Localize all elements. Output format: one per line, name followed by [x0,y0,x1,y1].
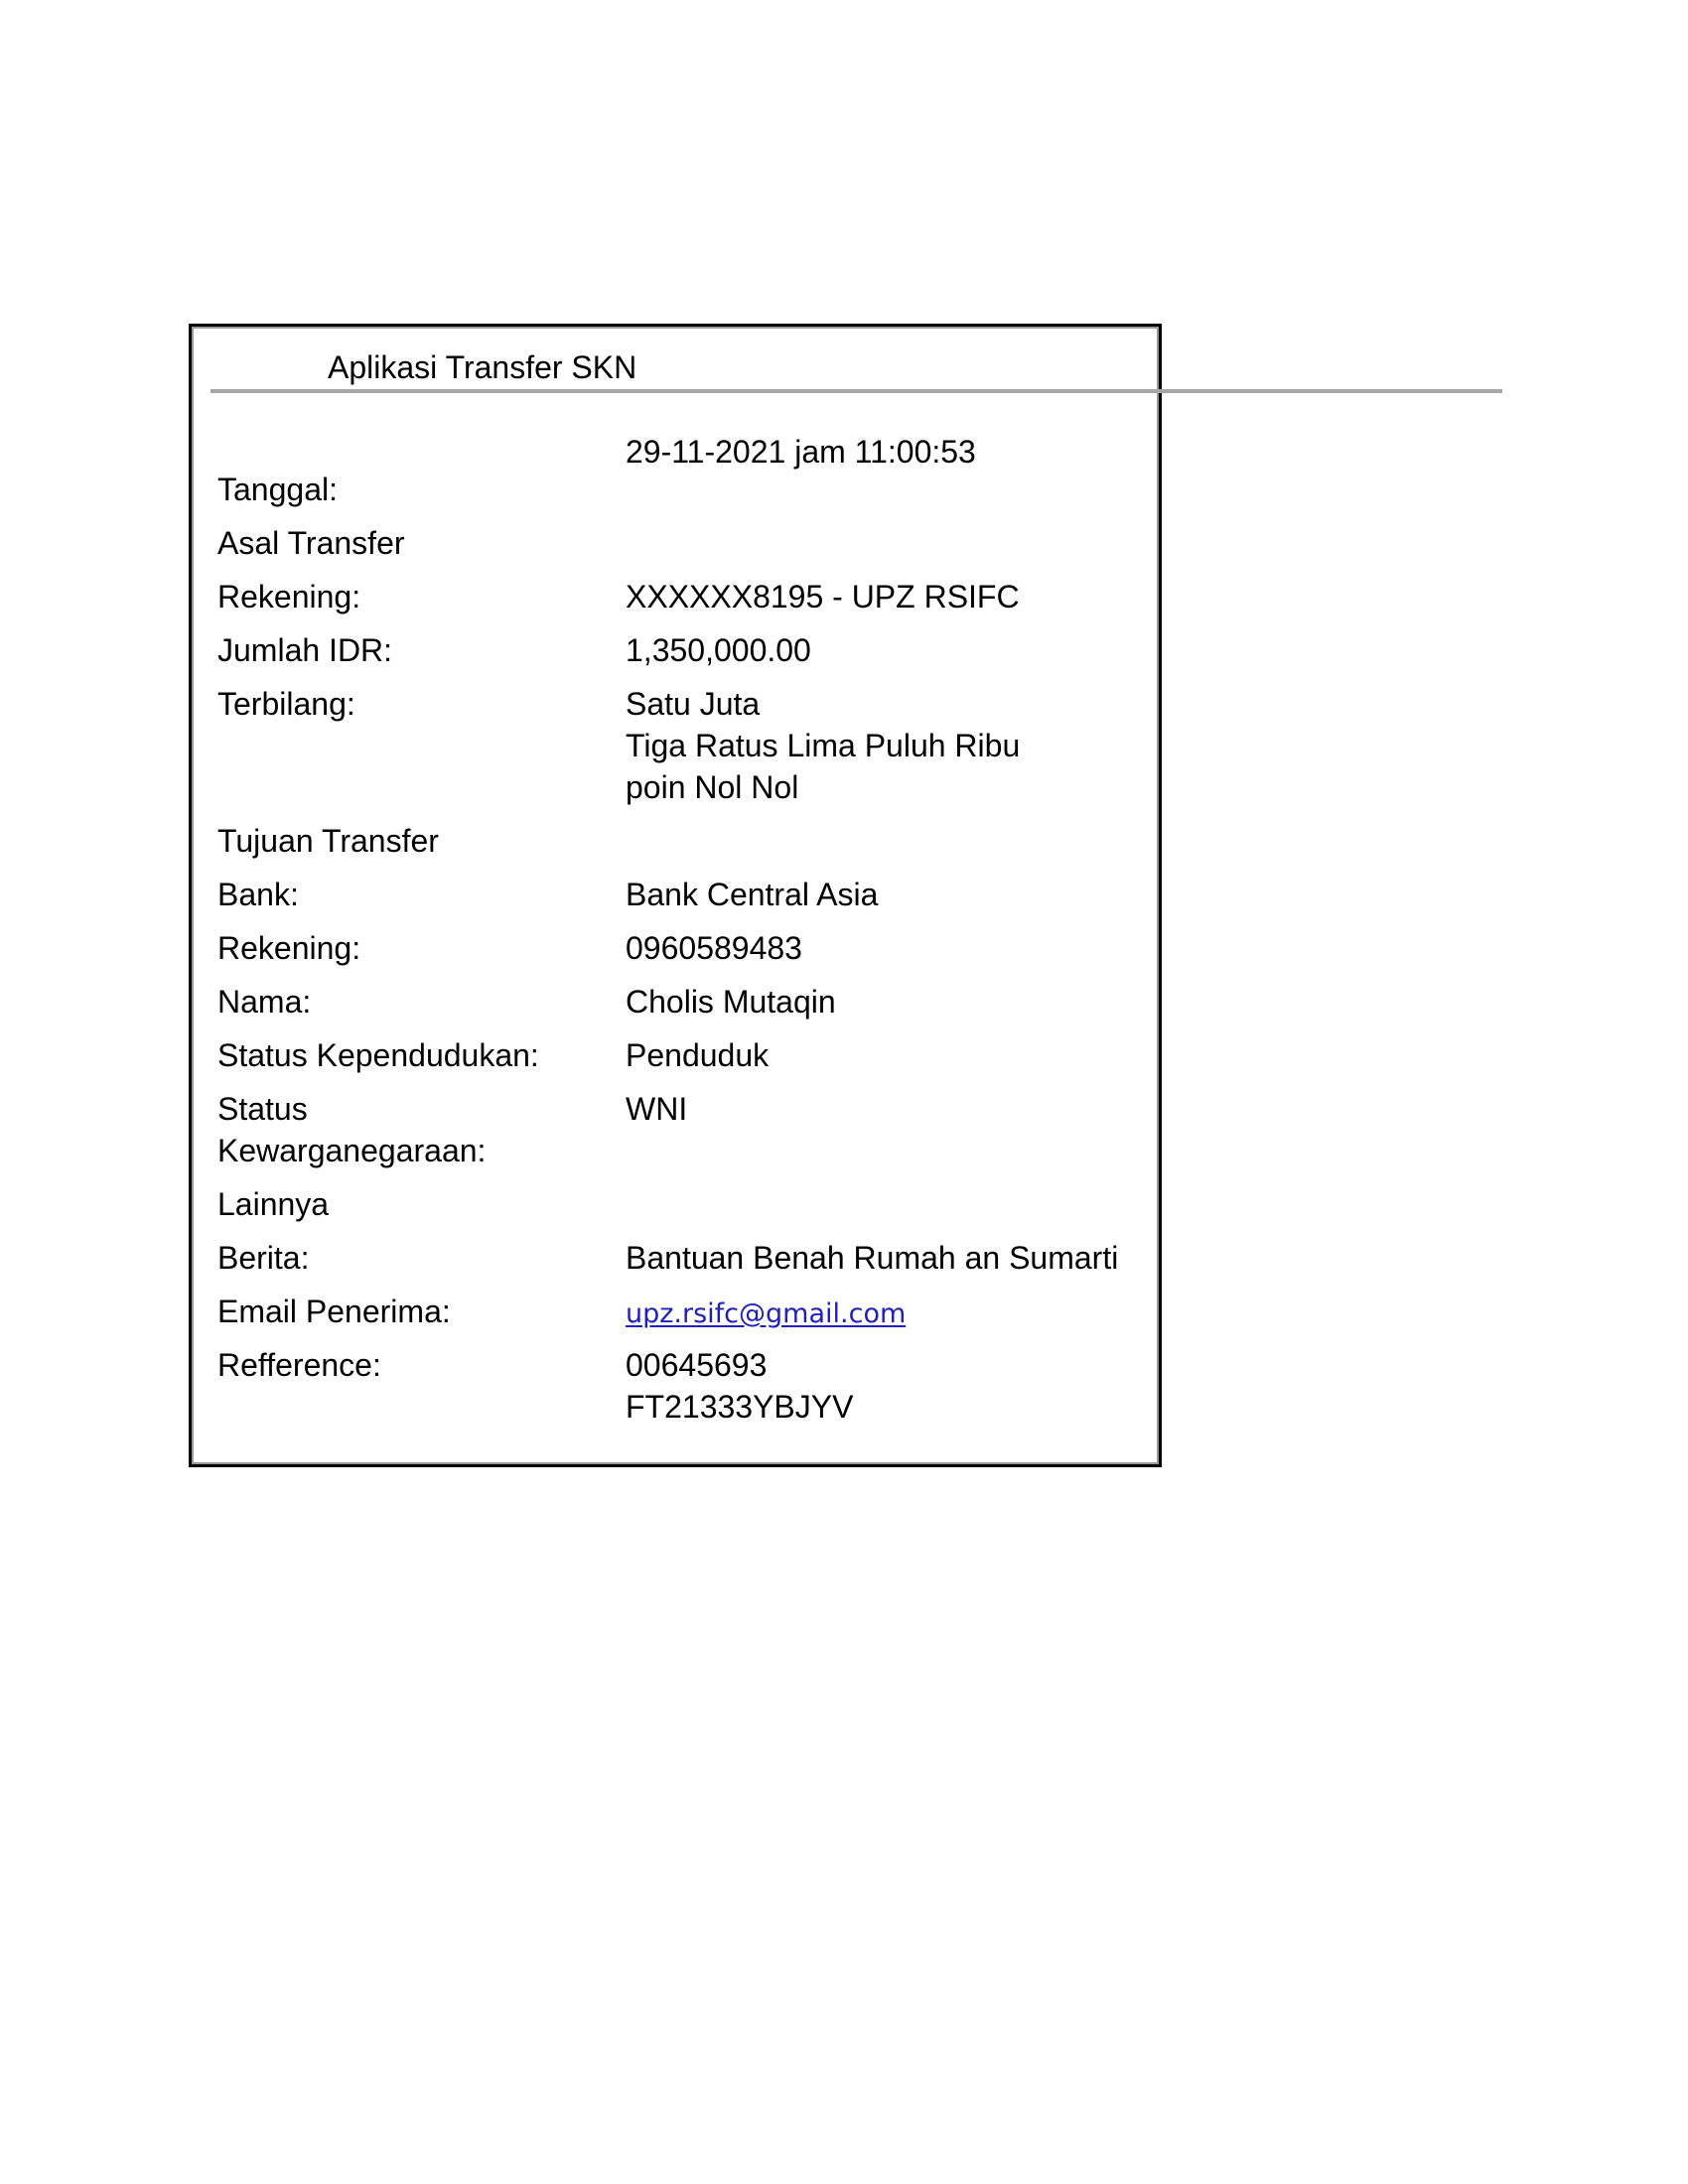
status-kewarganegaraan-label-line-1: Status [217,1088,308,1130]
tanggal-value: 29-11-2021 jam 11:00:53 [626,431,976,473]
tujuan-transfer-heading: Tujuan Transfer [217,820,439,862]
email-penerima-value: upz.rsifc@gmail.com [626,1291,906,1335]
email-penerima-label: Email Penerima: [217,1291,451,1332]
rekening-asal-label: Rekening: [217,576,360,617]
nama-value: Cholis Mutaqin [626,981,836,1023]
document-title: Aplikasi Transfer SKN [328,349,636,385]
terbilang-label: Terbilang: [217,683,355,725]
refference-label: Refference: [217,1344,381,1386]
terbilang-line-2: Tiga Ratus Lima Puluh Ribu [626,725,1020,766]
status-kewarganegaraan-label-line-2: Kewarganegaraan: [217,1130,486,1171]
bank-value: Bank Central Asia [626,874,878,915]
refference-line-1: 00645693 [626,1344,767,1386]
rekening-tujuan-value: 0960589483 [626,927,802,969]
nama-label: Nama: [217,981,311,1023]
terbilang-line-1: Satu Juta [626,683,760,725]
bank-label: Bank: [217,874,299,915]
rekening-tujuan-label: Rekening: [217,927,360,969]
jumlah-value: 1,350,000.00 [626,629,811,671]
status-kependudukan-label: Status Kependudukan: [217,1034,539,1076]
tanggal-label: Tanggal: [217,469,338,510]
title-divider [211,389,1502,393]
berita-label: Berita: [217,1237,309,1279]
lainnya-heading: Lainnya [217,1183,329,1225]
status-kewarganegaraan-value: WNI [626,1088,687,1130]
berita-value: Bantuan Benah Rumah an Sumarti [626,1237,1118,1279]
refference-line-2: FT21333YBJYV [626,1386,853,1428]
status-kependudukan-value: Penduduk [626,1034,769,1076]
rekening-asal-value: XXXXXX8195 - UPZ RSIFC [626,576,1020,617]
terbilang-line-3: poin Nol Nol [626,766,798,808]
jumlah-label: Jumlah IDR: [217,629,392,671]
email-link[interactable]: upz.rsifc@gmail.com [626,1298,906,1329]
asal-transfer-heading: Asal Transfer [217,522,405,564]
